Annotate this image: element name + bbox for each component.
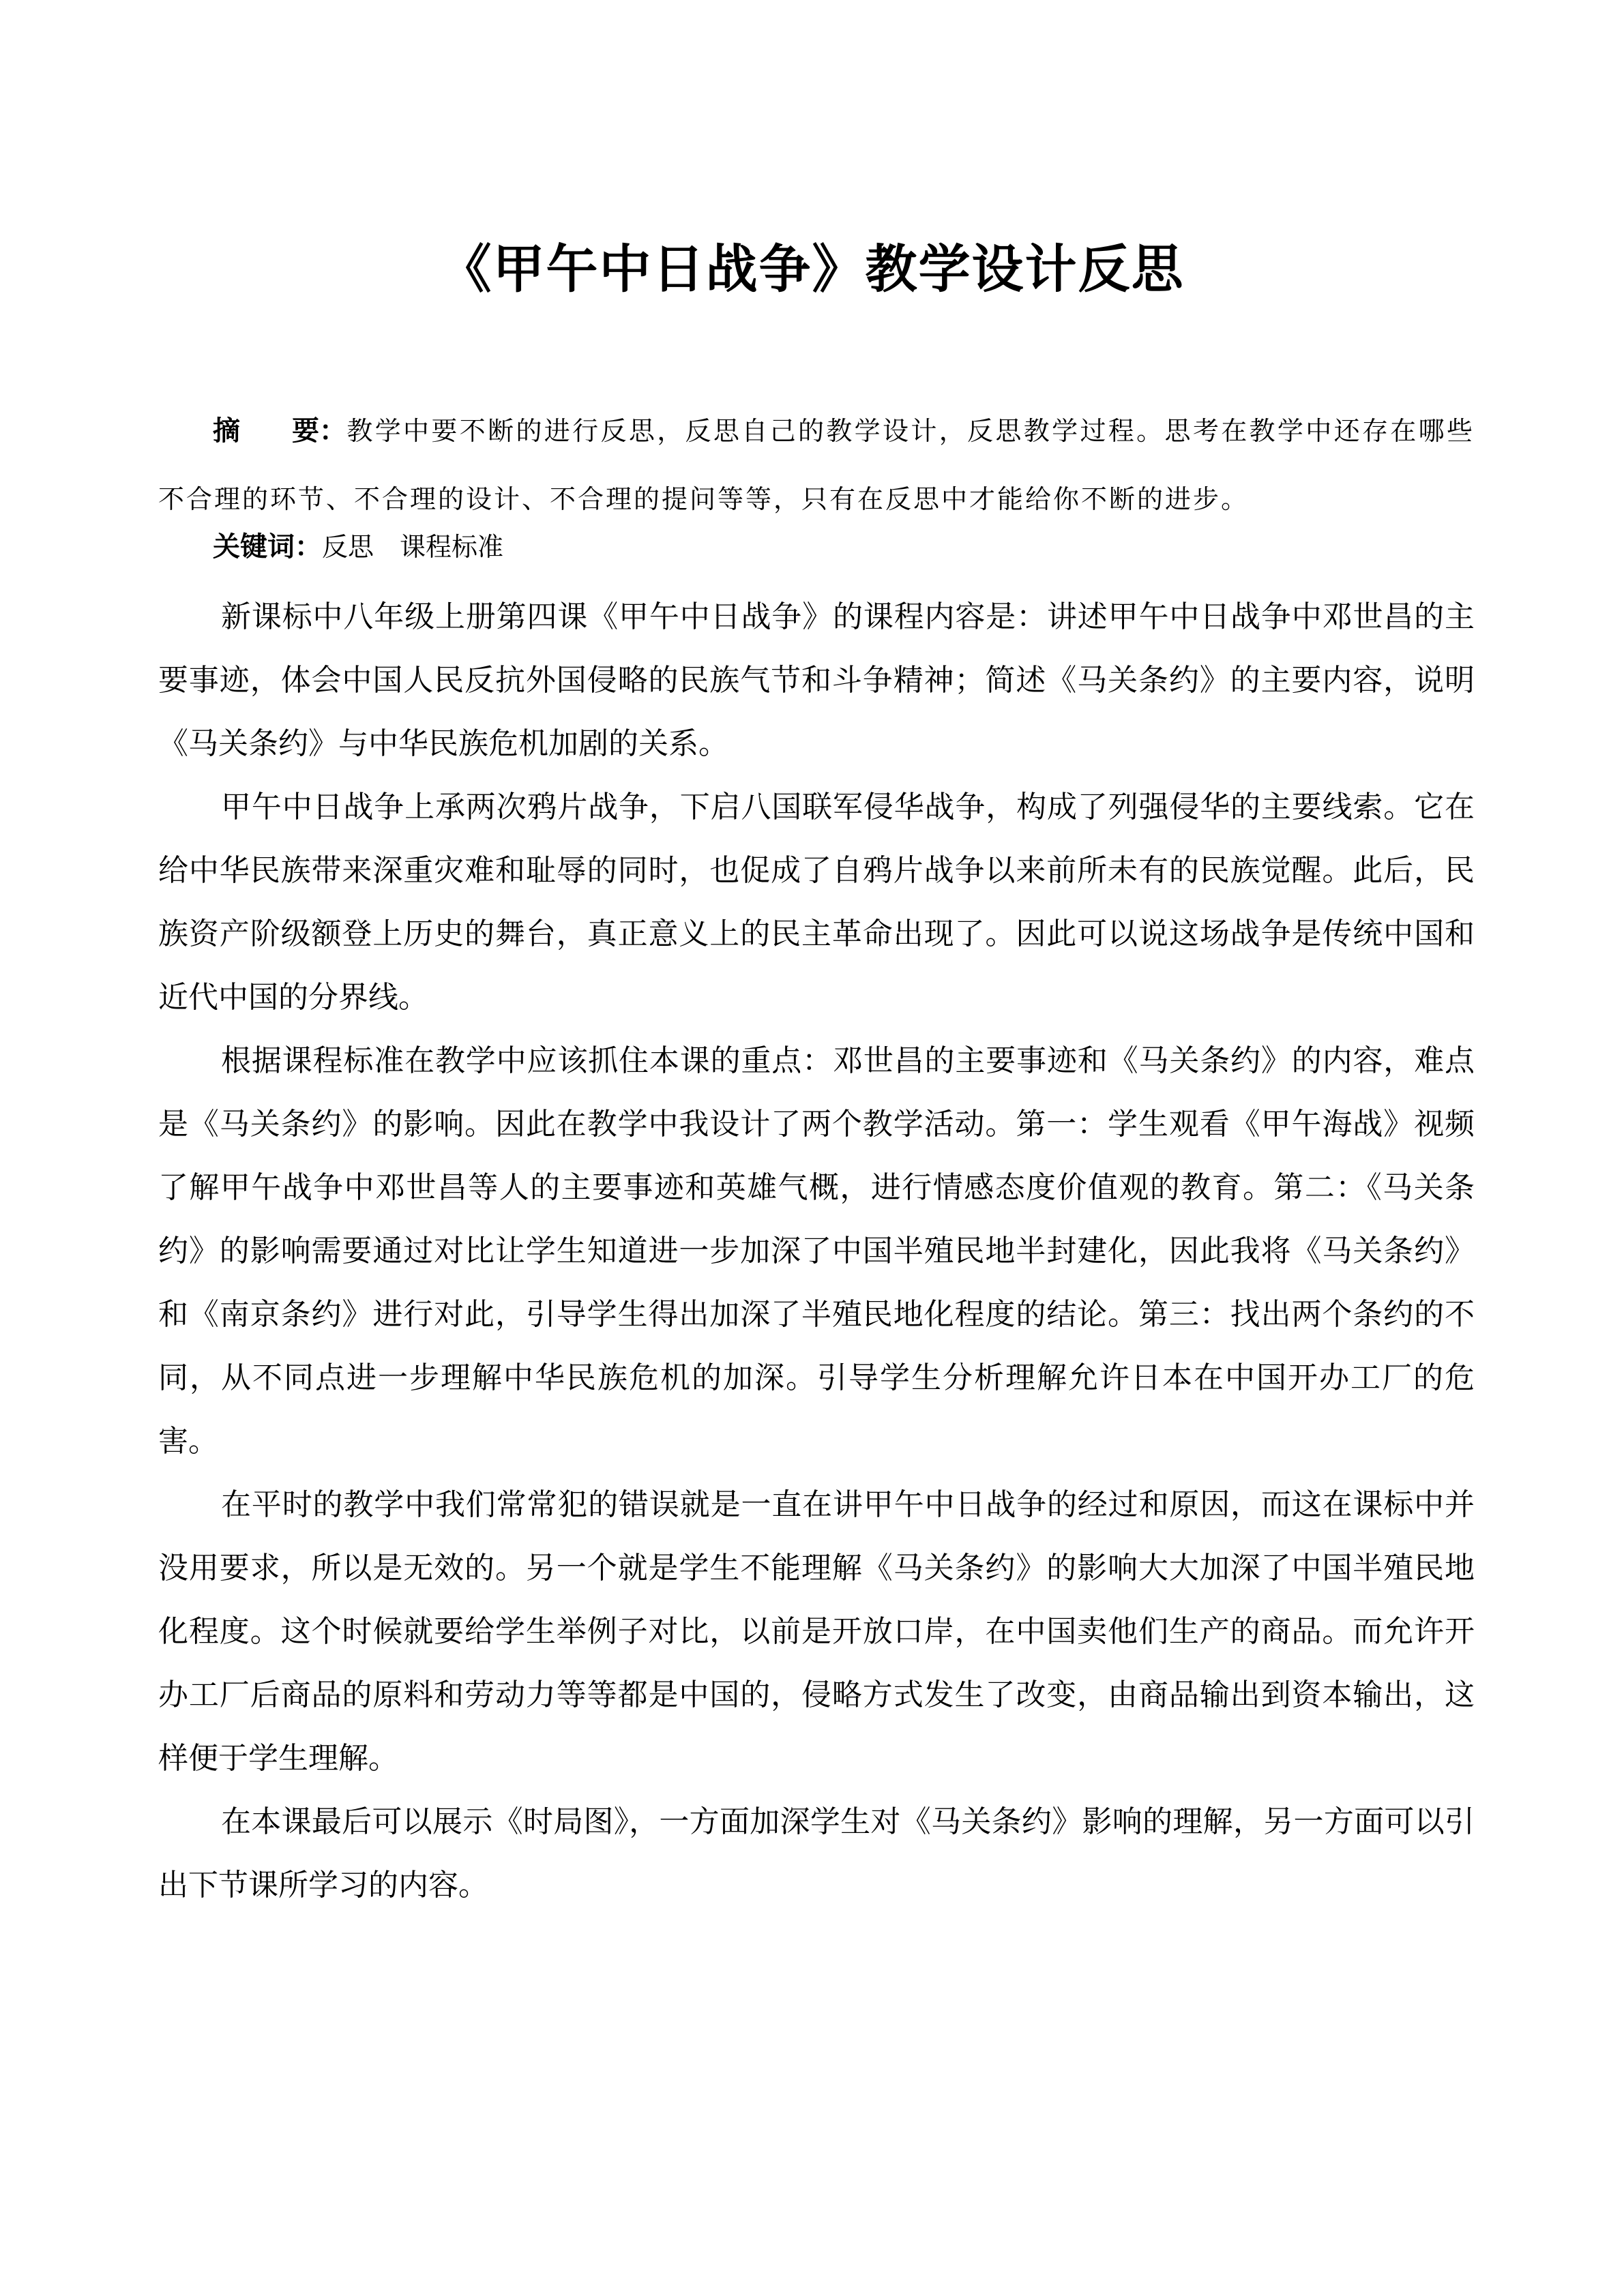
paragraph: 根据课程标准在教学中应该抓住本课的重点：邓世昌的主要事迹和《马关条约》的内容，难… [158, 1029, 1475, 1473]
paragraph: 甲午中日战争上承两次鸦片战争，下启八国联军侵华战争，构成了列强侵华的主要线索。它… [158, 775, 1475, 1029]
abstract-block: 摘要：教学中要不断的进行反思，反思自己的教学设计，反思教学过程。思考在教学中还存… [158, 397, 1475, 533]
document-page: 《甲午中日战争》教学设计反思 摘要：教学中要不断的进行反思，反思自己的教学设计，… [0, 0, 1624, 2296]
paragraph: 在本课最后可以展示《时局图》，一方面加深学生对《马关条约》影响的理解，另一方面可… [158, 1790, 1475, 1917]
document-title: 《甲午中日战争》教学设计反思 [0, 232, 1624, 307]
paragraph: 新课标中八年级上册第四课《甲午中日战争》的课程内容是：讲述甲午中日战争中邓世昌的… [158, 585, 1475, 775]
abstract-label-first: 摘 [213, 415, 240, 447]
body-text: 新课标中八年级上册第四课《甲午中日战争》的课程内容是：讲述甲午中日战争中邓世昌的… [158, 585, 1475, 1917]
abstract-label: 摘要： [213, 397, 346, 465]
abstract-text: 教学中要不断的进行反思，反思自己的教学设计，反思教学过程。思考在教学中还存在哪些… [158, 416, 1475, 514]
keywords-label: 关键词： [213, 531, 322, 563]
keyword-item: 反思 [322, 532, 374, 562]
keyword-item: 课程标准 [400, 532, 503, 562]
abstract-label-second: 要： [292, 415, 346, 447]
keywords-line: 关键词：反思课程标准 [213, 526, 529, 567]
paragraph: 在平时的教学中我们常常犯的错误就是一直在讲甲午中日战争的经过和原因，而这在课标中… [158, 1473, 1475, 1790]
